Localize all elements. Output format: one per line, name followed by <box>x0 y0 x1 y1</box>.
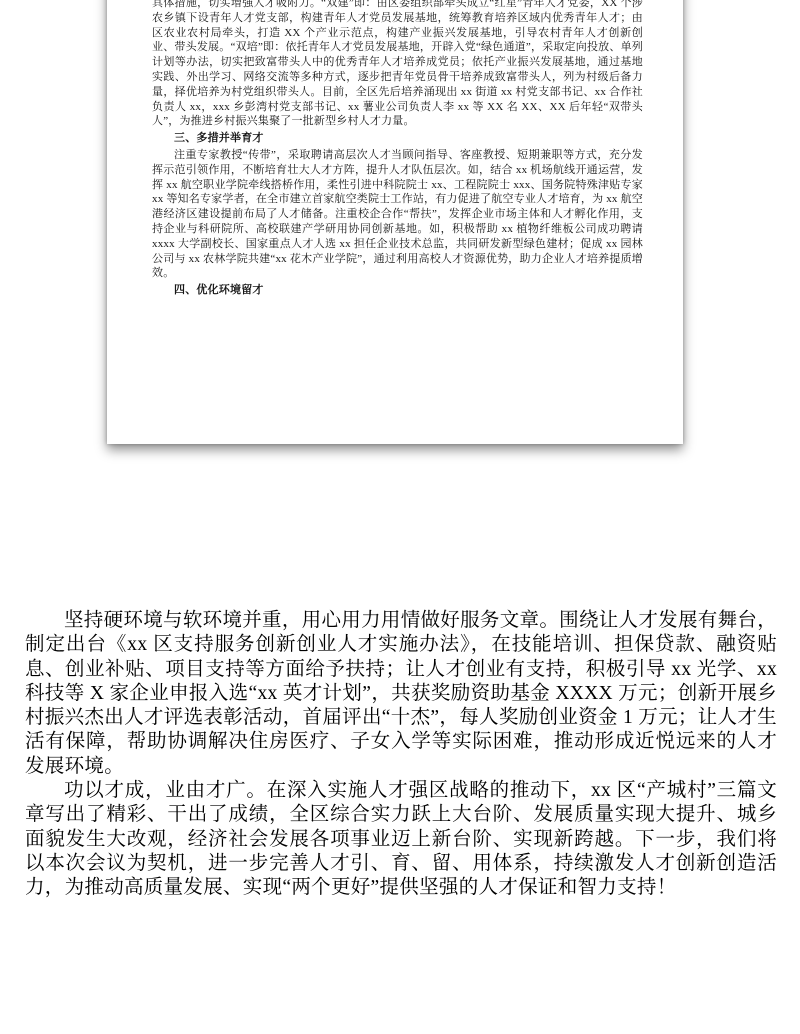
body-paragraph-summary: 功以才成，业由才广。在深入实施人才强区战略的推动下，xx 区“产城村”三篇文章写… <box>25 779 777 900</box>
document-viewer: 具体措施，切实增强人才吸附力。“双建”即：由区委组织部牵头成立“红星”青年人才党… <box>0 0 800 1034</box>
page-section-4-heading: 四、优化环境留才 <box>152 283 643 298</box>
page-continued-paragraph: 具体措施，切实增强人才吸附力。“双建”即：由区委组织部牵头成立“红星”青年人才党… <box>152 0 643 129</box>
body-paragraph-service: 坚持硬环境与软环境并重，用心用力用情做好服务文章。围绕让人才发展有舞台，制定出台… <box>25 609 777 779</box>
document-page-preview: 具体措施，切实增强人才吸附力。“双建”即：由区委组织部牵头成立“红星”青年人才党… <box>107 0 683 444</box>
document-body-text: 坚持硬环境与软环境并重，用心用力用情做好服务文章。围绕让人才发展有舞台，制定出台… <box>25 609 777 901</box>
page-section-3-paragraph: 注重专家教授“传带”，采取聘请高层次人才当顾问指导、客座教授、短期兼职等方式，充… <box>152 148 643 281</box>
page-section-3-heading: 三、多措并举育才 <box>152 131 643 146</box>
